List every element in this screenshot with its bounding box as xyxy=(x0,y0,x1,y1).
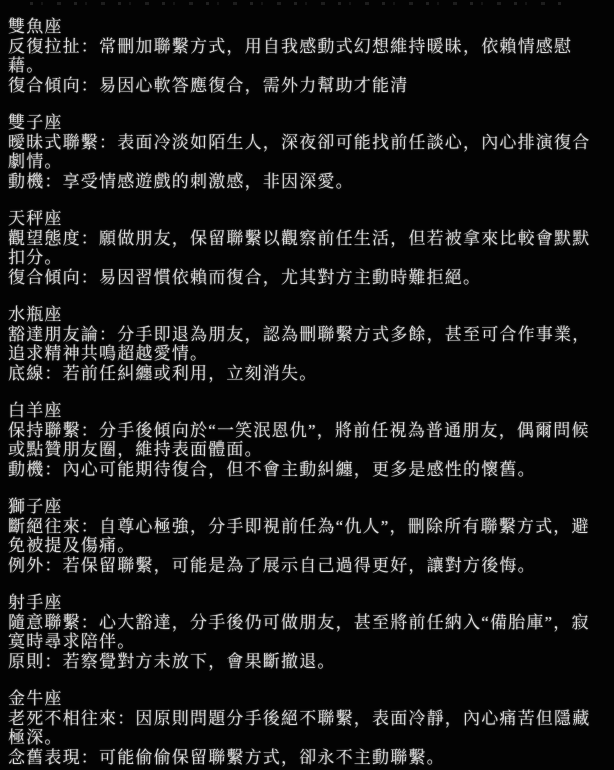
zodiac-section-aquarius: 水瓶座 豁達朋友論：分手即退為朋友，認為刪聯繫方式多餘，甚至可合作事業， 追求精… xyxy=(8,305,608,383)
text-line: 動機：內心可能期待復合，但不會主動糾纏，更多是感性的懷舊。 xyxy=(8,460,608,480)
zodiac-section-aries: 白羊座 保持聯繫：分手後傾向於“一笑泯恩仇”，將前任視為普通朋友，偶爾問候 或點… xyxy=(8,401,608,479)
text-line: 豁達朋友論：分手即退為朋友，認為刪聯繫方式多餘，甚至可合作事業， xyxy=(8,325,608,345)
text-line: 原則：若察覺對方未放下，會果斷撤退。 xyxy=(8,652,608,672)
zodiac-section-taurus: 金牛座 老死不相往來：因原則問題分手後絕不聯繫，表面冷靜，內心痛苦但隱藏 極深。… xyxy=(8,689,608,767)
text-line: 藉。 xyxy=(8,56,608,76)
text-line: 極深。 xyxy=(8,728,608,748)
zodiac-section-title: 金牛座 xyxy=(8,689,608,709)
text-line: 或點贊朋友圈，維持表面體面。 xyxy=(8,440,608,460)
text-line: 念舊表現：可能偷偷保留聯繫方式，卻永不主動聯繫。 xyxy=(8,748,608,768)
text-line: 免被提及傷痛。 xyxy=(8,536,608,556)
text-line: 隨意聯繫：心大豁達，分手後仍可做朋友，甚至將前任納入“備胎庫”，寂 xyxy=(8,613,608,633)
zodiac-section-title: 天秤座 xyxy=(8,209,608,229)
zodiac-document: 雙魚座 反復拉扯：常刪加聯繫方式，用自我感動式幻想維持暖昧，依賴情感慰 藉。 復… xyxy=(0,5,614,767)
clipped-text-fragment xyxy=(30,2,566,5)
zodiac-section-sagittarius: 射手座 隨意聯繫：心大豁達，分手後仍可做朋友，甚至將前任納入“備胎庫”，寂 寞時… xyxy=(8,593,608,671)
text-line: 寞時尋求陪伴。 xyxy=(8,632,608,652)
text-line: 復合傾向：易因習慣依賴而復合，尤其對方主動時難拒絕。 xyxy=(8,268,608,288)
text-line: 劇情。 xyxy=(8,152,608,172)
text-line: 保持聯繫：分手後傾向於“一笑泯恩仇”，將前任視為普通朋友，偶爾問候 xyxy=(8,421,608,441)
zodiac-section-title: 雙子座 xyxy=(8,113,608,133)
zodiac-section-title: 雙魚座 xyxy=(8,17,608,37)
text-line: 斷絕往來：自尊心極強，分手即視前任為“仇人”，刪除所有聯繫方式，避 xyxy=(8,517,608,537)
text-line: 觀望態度：願做朋友，保留聯繫以觀察前任生活，但若被拿來比較會默默 xyxy=(8,229,608,249)
text-line: 追求精神共鳴超越愛情。 xyxy=(8,344,608,364)
zodiac-section-title: 水瓶座 xyxy=(8,305,608,325)
text-line: 底線：若前任糾纏或利用，立刻消失。 xyxy=(8,364,608,384)
text-line: 復合傾向：易因心軟答應復合，需外力幫助才能清 xyxy=(8,76,608,96)
zodiac-section-leo: 獅子座 斷絕往來：自尊心極強，分手即視前任為“仇人”，刪除所有聯繫方式，避 免被… xyxy=(8,497,608,575)
text-line: 反復拉扯：常刪加聯繫方式，用自我感動式幻想維持暖昧，依賴情感慰 xyxy=(8,37,608,57)
text-line: 動機：享受情感遊戲的刺激感，非因深愛。 xyxy=(8,172,608,192)
zodiac-section-pisces: 雙魚座 反復拉扯：常刪加聯繫方式，用自我感動式幻想維持暖昧，依賴情感慰 藉。 復… xyxy=(8,17,608,95)
zodiac-section-libra: 天秤座 觀望態度：願做朋友，保留聯繫以觀察前任生活，但若被拿來比較會默默 扣分。… xyxy=(8,209,608,287)
zodiac-section-title: 射手座 xyxy=(8,593,608,613)
text-line: 例外：若保留聯繫，可能是為了展示自己過得更好，讓對方後悔。 xyxy=(8,556,608,576)
page: { "theme": { "background_color": "#03030… xyxy=(0,0,614,770)
zodiac-section-gemini: 雙子座 曖昧式聯繫：表面冷淡如陌生人，深夜卻可能找前任談心，內心排演復合 劇情。… xyxy=(8,113,608,191)
zodiac-section-title: 白羊座 xyxy=(8,401,608,421)
text-line: 扣分。 xyxy=(8,248,608,268)
zodiac-section-title: 獅子座 xyxy=(8,497,608,517)
text-line: 老死不相往來：因原則問題分手後絕不聯繫，表面冷靜，內心痛苦但隱藏 xyxy=(8,709,608,729)
text-line: 曖昧式聯繫：表面冷淡如陌生人，深夜卻可能找前任談心，內心排演復合 xyxy=(8,133,608,153)
